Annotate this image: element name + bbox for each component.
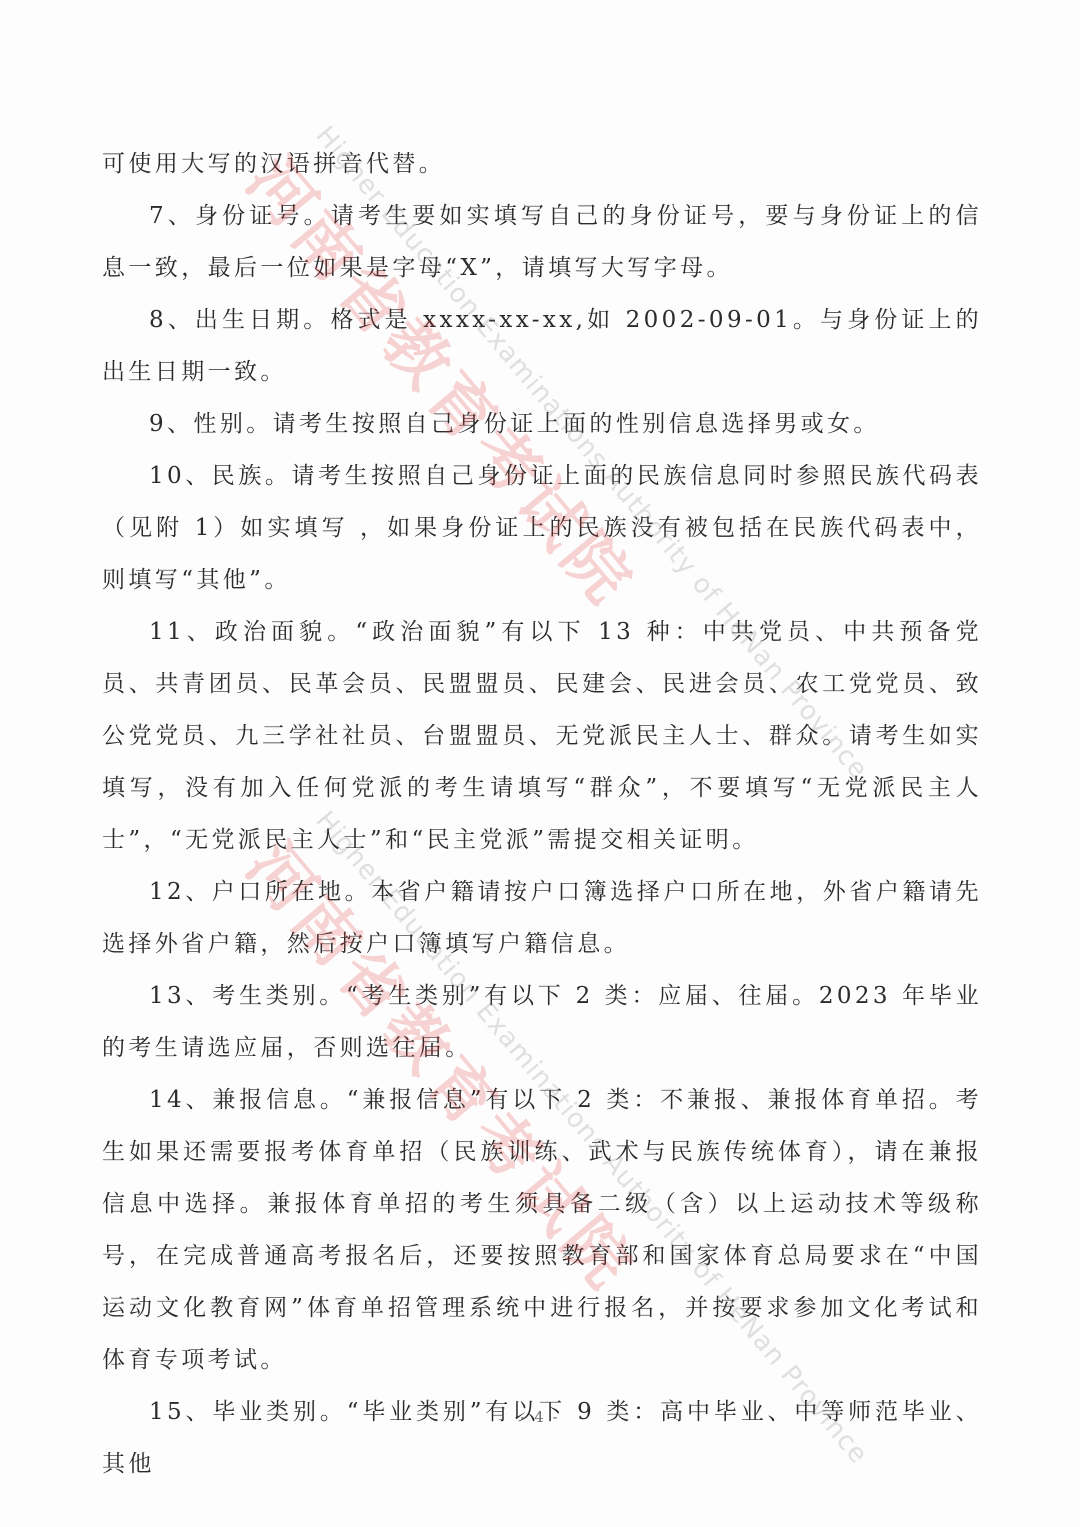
paragraph-6-continued: 可使用大写的汉语拼音代替。: [102, 138, 982, 190]
document-body: 可使用大写的汉语拼音代替。 7、身份证号。请考生要如实填写自己的身份证号，要与身…: [102, 138, 982, 1490]
paragraph-12-household-registration: 12、户口所在地。本省户籍请按户口簿选择户口所在地，外省户籍请先选择外省户籍，然…: [102, 866, 982, 970]
page-number: - 4 -: [0, 1408, 1080, 1426]
paragraph-8-birth-date: 8、出生日期。格式是 xxxx-xx-xx,如 2002-09-01。与身份证上…: [102, 294, 982, 398]
paragraph-11-political-status: 11、政治面貌。“政治面貌”有以下 13 种：中共党员、中共预备党员、共青团员、…: [102, 606, 982, 866]
paragraph-13-candidate-category: 13、考生类别。“考生类别”有以下 2 类：应届、往届。2023 年毕业的考生请…: [102, 970, 982, 1074]
paragraph-14-concurrent-application: 14、兼报信息。“兼报信息”有以下 2 类：不兼报、兼报体育单招。考生如果还需要…: [102, 1074, 982, 1386]
paragraph-15-graduation-category: 15、毕业类别。“毕业类别”有以下 9 类：高中毕业、中等师范毕业、其他: [102, 1386, 982, 1490]
paragraph-7-id-number: 7、身份证号。请考生要如实填写自己的身份证号，要与身份证上的信息一致，最后一位如…: [102, 190, 982, 294]
paragraph-9-gender: 9、性别。请考生按照自己身份证上面的性别信息选择男或女。: [102, 398, 982, 450]
document-page: 可使用大写的汉语拼音代替。 7、身份证号。请考生要如实填写自己的身份证号，要与身…: [0, 0, 1080, 1527]
paragraph-10-ethnicity: 10、民族。请考生按照自己身份证上面的民族信息同时参照民族代码表（见附 1）如实…: [102, 450, 982, 606]
